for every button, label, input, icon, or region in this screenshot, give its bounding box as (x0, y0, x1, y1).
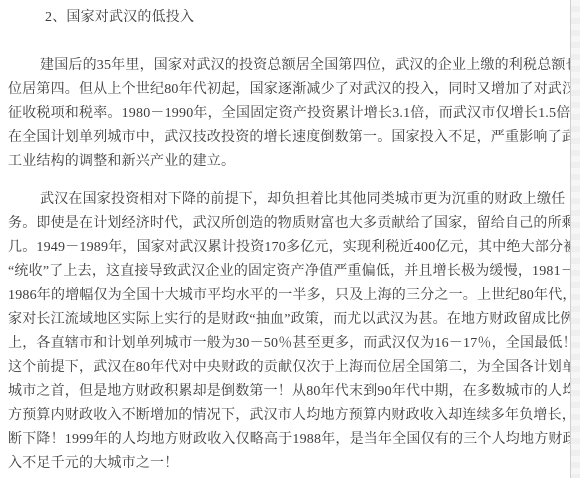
text-line: 武汉在国家投资相对下降的前提下，却负担着比其他同类城市更为沉重的财政上缴任 (8, 188, 570, 212)
page-edge-strip (570, 0, 580, 478)
blank-line (8, 30, 570, 54)
text-line: 征收税项和税率。1980－1990年，全国固定资产投资累计增长3.1倍，而武汉市… (8, 102, 570, 126)
text-line: 这个前提下，武汉在80年代对中央财政的贡献仅次于上海而位居全国第二，为全国各计划… (8, 356, 570, 380)
paragraph-1: 建国后的35年里，国家对武汉的投资总额居全国第四位，武汉的企业上缴的利税总额也 … (8, 54, 570, 174)
text-line: 家对长江流域地区实际上实行的是财政“抽血”政策，而尤以武汉为甚。在地方财政留成比… (8, 308, 570, 332)
text-line: 几。1949－1989年，国家对武汉累计投资170多亿元，实现利税近400亿元，… (8, 236, 570, 260)
text-line: 在全国计划单列城市中，武汉技改投资的增长速度倒数第一。国家投入不足，严重影响了武… (8, 126, 570, 150)
paragraph-2: 武汉在国家投资相对下降的前提下，却负担着比其他同类城市更为沉重的财政上缴任 务。… (8, 188, 570, 476)
section-title: 2、国家对武汉的低投入 (8, 6, 570, 30)
text-line: 上，各直辖市和计划单列城市一般为30－50％甚至更多，而武汉仅为16－17％，全… (8, 332, 570, 356)
text-line: 断下降！1999年的人均地方财政收入仅略高于1988年，是当年全国仅有的三个人均… (8, 428, 570, 452)
text-line: 1986年的增幅仅为全国十大城市平均水平的一半多，只及上海的三分之一。上世纪80… (8, 284, 570, 308)
text-line: 位居第四。但从上个世纪80年代初起，国家逐渐减少了对武汉的投入，同时又增加了对武… (8, 78, 570, 102)
text-line: 方预算内财政收入不断增加的情况下，武汉市人均地方预算内财政收入却连续多年负增长，… (8, 404, 570, 428)
text-line: 工业结构的调整和新兴产业的建立。 (8, 150, 570, 174)
text-line: 入不足千元的大城市之一！ (8, 452, 570, 476)
text-line: 建国后的35年里，国家对武汉的投资总额居全国第四位，武汉的企业上缴的利税总额也 (8, 54, 570, 78)
text-line: “统收”了上去，这直接导致武汉企业的固定资产净值严重偏低，并且增长极为缓慢，19… (8, 260, 570, 284)
text-line: 务。即使是在计划经济时代，武汉所创造的物质财富也大多贡献给了国家，留给自己的所剩… (8, 212, 570, 236)
text-line: 城市之首，但是地方财政积累却是倒数第一！从80年代末到90年代中期，在多数城市的… (8, 380, 570, 404)
document-page: 2、国家对武汉的低投入 建国后的35年里，国家对武汉的投资总额居全国第四位，武汉… (0, 0, 580, 476)
